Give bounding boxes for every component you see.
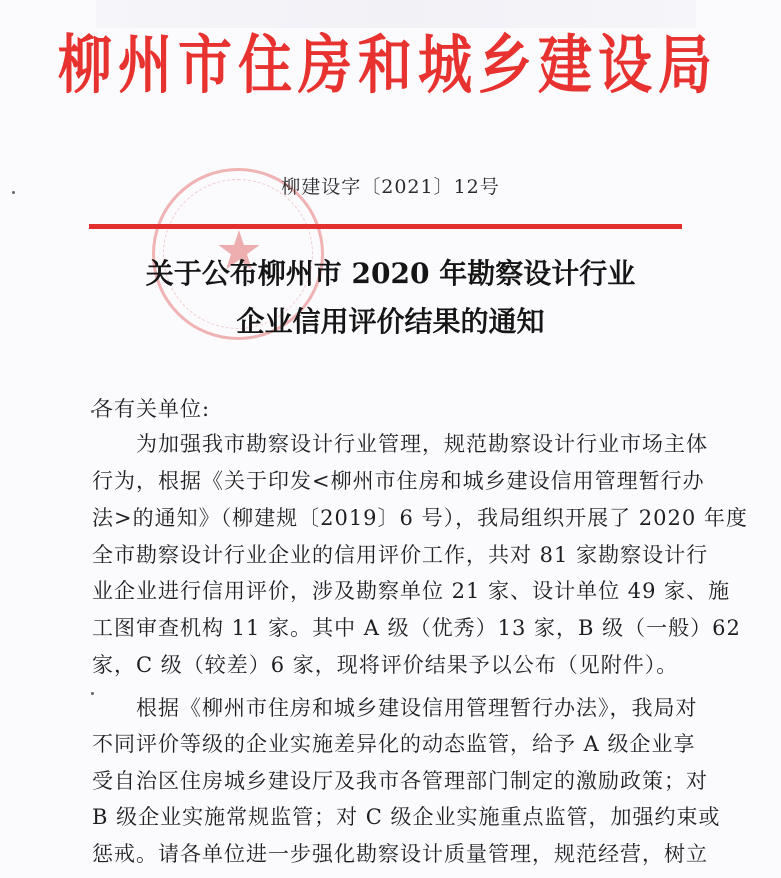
body-line: 为加强我市勘察设计行业管理，规范勘察设计行业市场主体	[92, 428, 692, 458]
document-number: 柳建设字〔2021〕12号	[0, 172, 781, 199]
notice-title-line-1: 关于公布柳州市 2020 年勘察设计行业	[0, 252, 781, 292]
scan-speck	[91, 692, 94, 695]
issuer-header: 柳州市住房和城乡建设局	[58, 28, 718, 104]
body-line: 根据《柳州市住房和城乡建设信用管理暂行办法》，我局对	[92, 692, 692, 722]
scan-speck	[12, 191, 15, 194]
body-line: 受自治区住房城乡建设厅及我市各管理部门制定的激励政策；对	[92, 765, 692, 795]
body-line: B 级企业实施常规监管；对 C 级企业实施重点监管，加强约束或	[92, 801, 692, 831]
document-page: 柳州市住房和城乡建设局 ★ 柳建设字〔2021〕12号 关于公布柳州市 2020…	[0, 0, 781, 878]
body-line: 惩戒。请各单位进一步强化勘察设计质量管理，规范经营，树立	[92, 838, 692, 868]
body-line: 全市勘察设计行业企业的信用评价工作，共对 81 家勘察设计行	[92, 539, 692, 569]
scan-speck	[91, 410, 94, 413]
body-line: 业企业进行信用评价，涉及勘察单位 21 家、设计单位 49 家、施	[92, 575, 692, 605]
body-line: 工图审查机构 11 家。其中 A 级（优秀）13 家，B 级（一般）62	[92, 612, 692, 642]
body-line: 法>的通知》（柳建规〔2019〕6 号），我局组织开展了 2020 年度	[92, 502, 692, 532]
red-divider-line	[89, 224, 682, 229]
salutation: 各有关单位:	[92, 393, 692, 423]
body-line: 家，C 级（较差）6 家，现将评价结果予以公布（见附件）。	[92, 649, 692, 679]
body-line: 行为，根据《关于印发<柳州市住房和城乡建设信用管理暂行办	[92, 465, 692, 495]
bleed-through-text	[96, 0, 696, 28]
body-line: 不同评价等级的企业实施差异化的动态监管，给予 A 级企业享	[92, 728, 692, 758]
notice-title-line-2: 企业信用评价结果的通知	[0, 300, 781, 340]
